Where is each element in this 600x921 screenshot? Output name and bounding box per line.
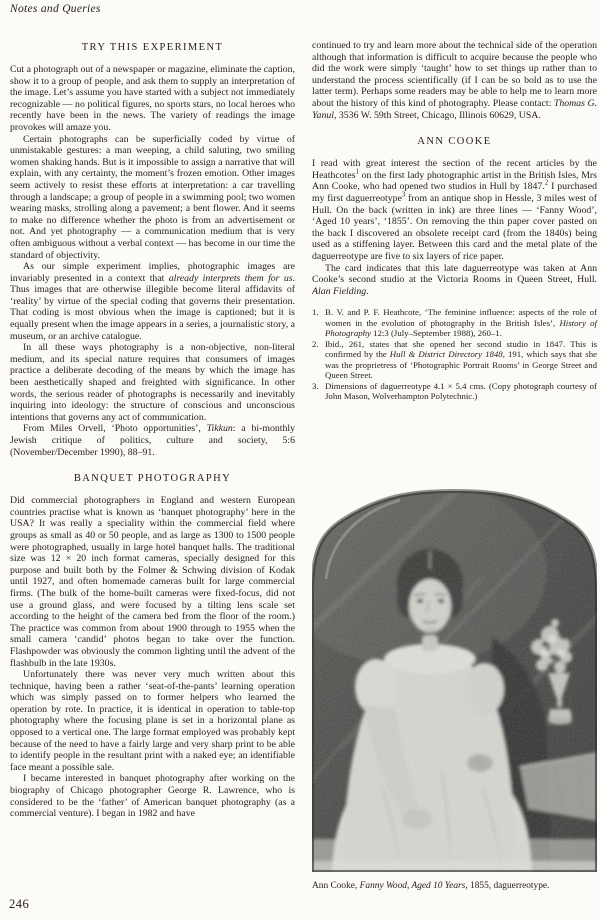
footnote-number: 3. xyxy=(312,381,325,402)
paragraph: I became interested in banquet photograp… xyxy=(10,773,295,819)
paragraph: I read with great interest the section o… xyxy=(312,158,597,262)
footnote: 3. Dimensions of daguerreotype 4.1 × 5.4… xyxy=(312,381,597,402)
paragraph: In all these ways photography is a non-o… xyxy=(10,342,295,423)
footnote-text: Dimensions of daguerreotype 4.1 × 5.4 cm… xyxy=(325,381,597,402)
footnote-text: B. V. and P. F. Heathcote, ‘The feminine… xyxy=(325,307,597,339)
paragraph: From Miles Orvell, ‘Photo opportunities’… xyxy=(10,423,295,458)
paragraph-continuation: continued to try and learn more about th… xyxy=(312,40,597,121)
daguerreotype-photo xyxy=(312,487,597,872)
paragraph: As our simple experiment implies, photog… xyxy=(10,261,295,342)
footnote-number: 1. xyxy=(312,307,325,339)
footnote-text: Ibid., 261, states that she opened her s… xyxy=(325,339,597,381)
footnote-number: 2. xyxy=(312,339,325,381)
paragraph: Unfortunately there was never very much … xyxy=(10,669,295,773)
paragraph: Cut a photograph out of a newspaper or m… xyxy=(10,64,295,134)
section-heading-banquet-photography: BANQUET PHOTOGRAPHY xyxy=(10,473,295,484)
journal-page: Notes and Queries TRY THIS EXPERIMENT Cu… xyxy=(0,0,600,921)
footnote: 1. B. V. and P. F. Heathcote, ‘The femin… xyxy=(312,307,597,339)
paragraph: Did commercial photographers in England … xyxy=(10,495,295,669)
daguerreotype-figure: Ann Cooke, Fanny Wood, Aged 10 Years, 18… xyxy=(312,487,597,892)
paragraph: Certain photographs can be superficially… xyxy=(10,134,295,262)
left-column: TRY THIS EXPERIMENT Cut a photograph out… xyxy=(10,40,295,820)
page-number: 246 xyxy=(9,897,29,912)
footnote: 2. Ibid., 261, states that she opened he… xyxy=(312,339,597,381)
journal-title: Notes and Queries xyxy=(10,3,101,15)
paragraph: The card indicates that this late daguer… xyxy=(312,263,597,298)
footnotes: 1. B. V. and P. F. Heathcote, ‘The femin… xyxy=(312,307,597,402)
section-heading-try-this-experiment: TRY THIS EXPERIMENT xyxy=(10,42,295,53)
photo-caption: Ann Cooke, Fanny Wood, Aged 10 Years, 18… xyxy=(312,881,597,892)
section-heading-ann-cooke: ANN COOKE xyxy=(312,136,597,147)
